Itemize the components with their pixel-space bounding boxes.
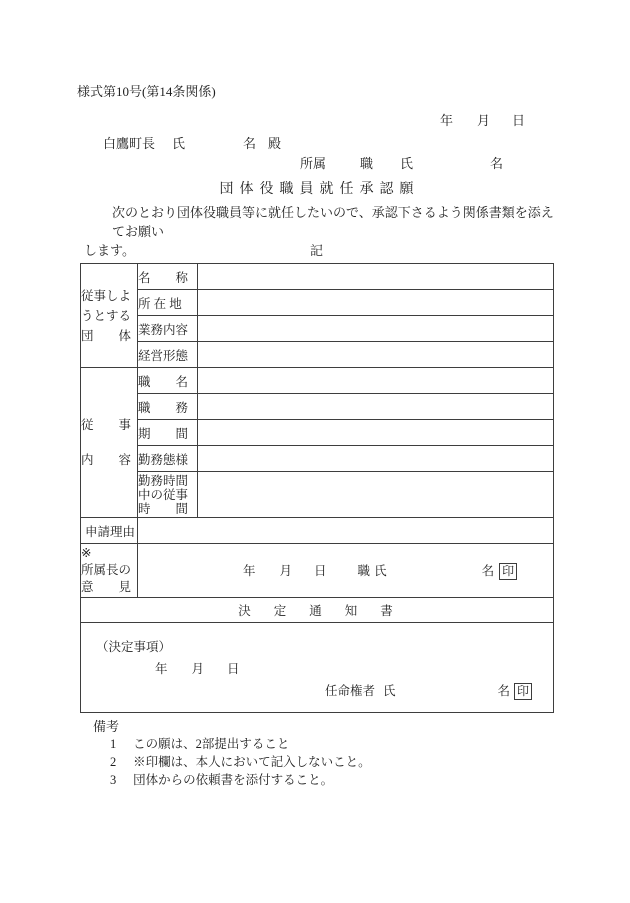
table-row: 業務内容 [81, 316, 554, 342]
appointer-signature-line: 任命権者 氏 名 印 [325, 681, 532, 700]
field-value-reason [138, 518, 554, 544]
field-value-position [198, 368, 554, 394]
addressee-shi: 氏 [172, 133, 185, 152]
table-row: 従 事 内 容 職 名 [81, 368, 554, 394]
group1-label-cell: 従事しよ うとする 団 体 [81, 264, 138, 368]
appointer-mei-label: 名 [498, 681, 511, 699]
ki-heading: 記 [80, 240, 553, 259]
note-item: 1 この願は、2部提出すること [110, 735, 371, 753]
applicant-line: 所属 職 氏 名 [300, 153, 503, 172]
field-value-business [198, 316, 554, 342]
note-number: 2 [110, 753, 130, 771]
applicant-shozoku: 所属 [300, 153, 326, 172]
field-value-management [198, 342, 554, 368]
opinion-shoku-label: 職 [358, 561, 371, 579]
opinion-label-cell: ※ 所属長の 意 見 [81, 544, 138, 598]
notes-heading: 備考 [93, 716, 119, 735]
applicant-shi: 氏 [400, 153, 413, 172]
form-number: 様式第10号(第14条関係) [77, 81, 216, 100]
field-label-management: 経営形態 [138, 342, 198, 368]
field-value-workstyle [198, 446, 554, 472]
addressee-mei: 名 [243, 133, 256, 152]
field-value-duties [198, 394, 554, 420]
opinion-value-cell: 年 月 日 職 氏 名 印 [138, 544, 554, 598]
table-row: 所 在 地 [81, 290, 554, 316]
note-text: 団体からの依頼書を添付すること。 [133, 773, 333, 787]
table-row: 決定通知書 [81, 598, 554, 623]
note-text: ※印欄は、本人において記入しないこと。 [133, 755, 371, 769]
note-item: 2 ※印欄は、本人において記入しないこと。 [110, 753, 371, 771]
opinion-year-label: 年 [243, 561, 256, 579]
field-value-name [198, 264, 554, 290]
field-value-period [198, 420, 554, 446]
field-label-worktime: 勤務時間 中の従事 時 間 [138, 472, 198, 518]
appointer-shi-label: 氏 [383, 681, 396, 699]
opinion-month-label: 月 [280, 561, 293, 579]
decision-year-label: 年 [155, 659, 168, 677]
table-row: 職 務 [81, 394, 554, 420]
field-label-position: 職 名 [138, 368, 198, 394]
table-row: （決定事項） 年 月 日 任命権者 氏 名 印 [81, 623, 554, 713]
note-number: 3 [110, 771, 130, 789]
notes-list: 1 この願は、2部提出すること 2 ※印欄は、本人において記入しないこと。 3 … [110, 735, 371, 789]
document-title: 団体役職員就任承認願 [80, 178, 553, 198]
applicant-mei: 名 [490, 153, 503, 172]
seal-box-icon: 印 [499, 563, 517, 580]
addressee-title: 白鷹町長 [103, 133, 155, 152]
decision-heading: （決定事項） [96, 637, 171, 655]
field-label-address: 所 在 地 [138, 290, 198, 316]
field-label-workstyle: 勤務態様 [138, 446, 198, 472]
decision-date-line: 年 月 日 [155, 659, 240, 677]
document-page: 様式第10号(第14条関係) 年 月 日 白鷹町長 氏 名 殿 所属 職 氏 名… [0, 0, 630, 903]
field-label-duties: 職 務 [138, 394, 198, 420]
table-row: 期 間 [81, 420, 554, 446]
opinion-shi-label: 氏 [374, 561, 387, 579]
decision-day-label: 日 [227, 659, 240, 677]
decision-block: （決定事項） 年 月 日 任命権者 氏 名 印 [81, 623, 553, 712]
note-item: 3 団体からの依頼書を添付すること。 [110, 771, 371, 789]
opinion-day-label: 日 [314, 561, 327, 579]
addressee-dono: 殿 [268, 133, 281, 152]
body-line-1: 次のとおり団体役職員等に就任したいので、承認下さるよう関係書類を添えてお願い [112, 203, 564, 241]
header-date-line: 年 月 日 [440, 110, 525, 129]
seal-box-icon: 印 [514, 683, 532, 700]
date-year-label: 年 [440, 110, 453, 129]
opinion-signature-line: 年 月 日 職 氏 名 印 [138, 561, 553, 580]
field-label-period: 期 間 [138, 420, 198, 446]
field-label-name: 名 称 [138, 264, 198, 290]
table-row: 勤務時間 中の従事 時 間 [81, 472, 554, 518]
group2-label-cell: 従 事 内 容 [81, 368, 138, 518]
date-day-label: 日 [512, 110, 525, 129]
date-month-label: 月 [477, 110, 490, 129]
opinion-mei-label: 名 [482, 561, 495, 579]
field-label-business: 業務内容 [138, 316, 198, 342]
applicant-shoku: 職 [360, 153, 373, 172]
field-label-reason: 申請理由 [81, 518, 138, 544]
table-row: 従事しよ うとする 団 体 名 称 [81, 264, 554, 290]
note-number: 1 [110, 735, 130, 753]
appointer-label: 任命権者 [325, 681, 375, 699]
decision-notice-title: 決定通知書 [81, 598, 554, 623]
note-text: この願は、2部提出すること [133, 737, 289, 751]
decision-cell: （決定事項） 年 月 日 任命権者 氏 名 印 [81, 623, 554, 713]
field-value-address [198, 290, 554, 316]
addressee-line: 白鷹町長 氏 名 殿 [103, 133, 281, 152]
field-value-worktime [198, 472, 554, 518]
decision-month-label: 月 [192, 659, 205, 677]
table-row: 申請理由 [81, 518, 554, 544]
table-row: 経営形態 [81, 342, 554, 368]
table-row: ※ 所属長の 意 見 年 月 日 職 氏 名 印 [81, 544, 554, 598]
form-table: 従事しよ うとする 団 体 名 称 所 在 地 業務内容 経営形態 従 事 内 … [80, 263, 554, 713]
table-row: 勤務態様 [81, 446, 554, 472]
